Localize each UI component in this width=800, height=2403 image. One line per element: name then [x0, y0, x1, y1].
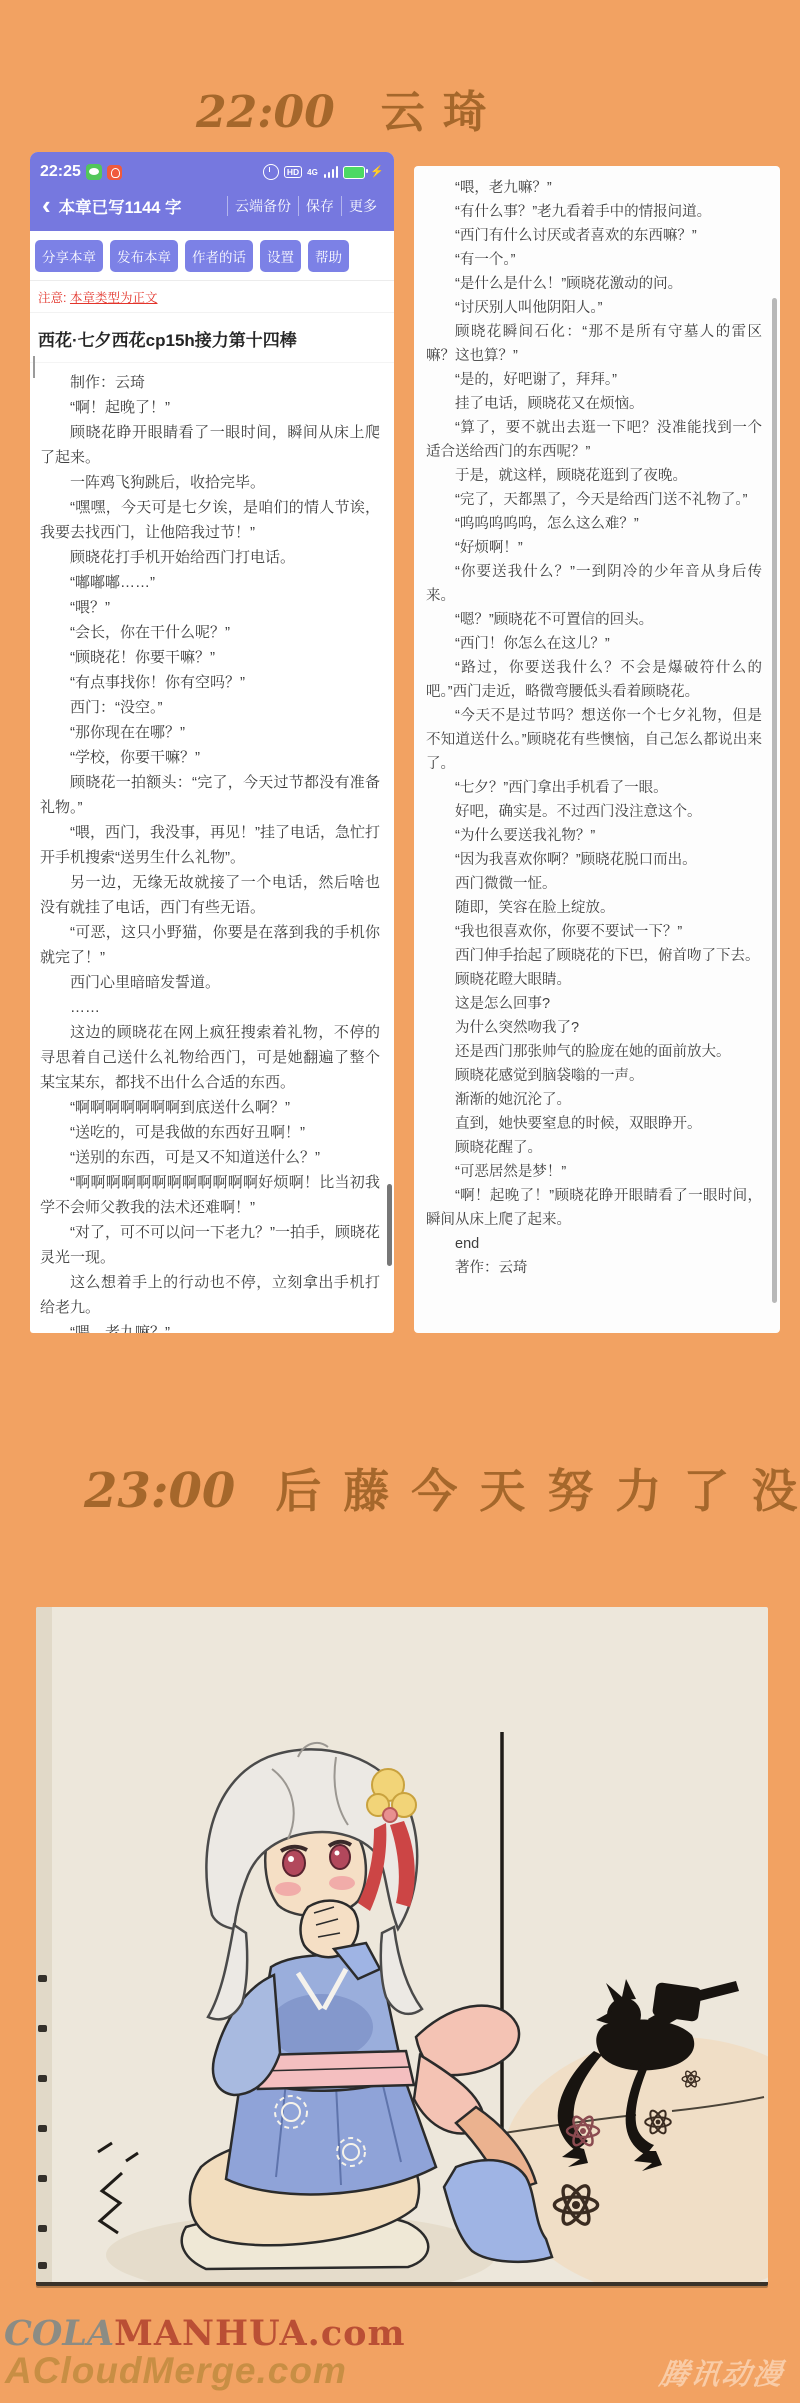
story-paragraph: 还是西门那张帅气的脸庞在她的面前放大。: [426, 1040, 762, 1064]
story-paragraph: “学校，你要干嘛？”: [40, 745, 380, 770]
schedule-header-2200: 22:00云琦: [196, 76, 505, 140]
story-paragraph: 西门：“没空。”: [40, 695, 380, 720]
story-paragraph: “可恶，这只小野猫，你要是在落到我的手机你就完了！”: [40, 920, 380, 970]
story-paragraph: 这边的顾晓花在网上疯狂搜索着礼物，不停的寻思着自己送什么礼物给西门，可是她翻遍了…: [40, 1020, 380, 1095]
story-paragraph: 随即，笑容在脸上绽放。: [426, 896, 762, 920]
story-paragraph: “西门有什么讨厌或者喜欢的东西嘛？”: [426, 224, 762, 248]
schedule-header-2300: 23:00后藤今天努力了没: [84, 1455, 800, 1521]
story-paragraph: 西门微微一怔。: [426, 872, 762, 896]
story-paragraph: “是什么是什么！”顾晓花激动的问。: [426, 272, 762, 296]
story-paragraph: “对了，可不可以问一下老九？”一拍手，顾晓花灵光一现。: [40, 1220, 380, 1270]
story-paragraph: 顾晓花打手机开始给西门打电话。: [40, 545, 380, 570]
story-paragraph: “送吃的，可是我做的东西好丑啊！”: [40, 1120, 380, 1145]
network-type-label: 4G: [307, 168, 318, 177]
alarm-icon: [263, 164, 279, 180]
story-paragraph: “喂，老九嘛？”: [426, 176, 762, 200]
story-paragraph: 顾晓花睁开眼睛看了一眼时间，瞬间从床上爬了起来。: [40, 420, 380, 470]
sketch-illustration: [36, 1607, 768, 2286]
story-paragraph: “送别的东西，可是又不知道送什么？”: [40, 1145, 380, 1170]
story-paragraph: “西门！你怎么在这儿？”: [426, 632, 762, 656]
nav-actions: 云端备份保存更多: [227, 196, 384, 216]
story-paragraph: end: [426, 1232, 762, 1256]
notice-prefix: 注意:: [38, 291, 66, 305]
story-paragraph: 顾晓花瞬间石化：“那不是所有守墓人的雷区嘛？这也算？”: [426, 320, 762, 368]
chapter-title: 西花·七夕西花cp15h接力第十四棒: [30, 313, 394, 363]
story-paragraph: 西门心里暗暗发誓道。: [40, 970, 380, 995]
battery-icon: [343, 166, 365, 179]
nav-action-button[interactable]: 更多: [341, 196, 384, 216]
story-paragraph: “我也很喜欢你，你要不要试一下？”: [426, 920, 762, 944]
story-paragraph: “你要送我什么？”一到阴冷的少年音从身后传来。: [426, 560, 762, 608]
editor-nav-bar: ‹ 本章已写1144 字 云端备份保存更多: [40, 194, 384, 218]
schedule-time: 23:00: [84, 1463, 235, 1519]
story-paragraph: 这是怎么回事?: [426, 992, 762, 1016]
watermark-manhua-text: MANHUA.com: [114, 2313, 405, 2354]
nav-action-button[interactable]: 云端备份: [227, 196, 298, 216]
editor-scrollbar-thumb[interactable]: [387, 1184, 392, 1266]
story-paragraph: 制作：云琦: [40, 370, 380, 395]
story-paragraph: “嗯？”顾晓花不可置信的回头。: [426, 608, 762, 632]
back-button[interactable]: ‹: [42, 194, 51, 216]
story-paragraph: 著作：云琦: [426, 1256, 762, 1280]
story-paragraph: “为什么要送我礼物？”: [426, 824, 762, 848]
story-paragraph: “啊！起晚了！”顾晓花睁开眼睛看了一眼时间，瞬间从床上爬了起来。: [426, 1184, 762, 1232]
story-paragraph: 这么想着手上的行动也不停，立刻拿出手机打给老九。: [40, 1270, 380, 1320]
watermark-colamanhua: COLAMANHUA.com: [4, 2316, 406, 2351]
story-paragraph: 顾晓花一拍额头：“完了，今天过节都没有准备礼物。”: [40, 770, 380, 820]
charging-bolt-icon: ⚡: [370, 167, 384, 178]
editor-toolbar: 分享本章发布本章作者的话设置帮助: [30, 231, 394, 281]
watermark-acloudmerge: ACloudMerge.com: [5, 2352, 347, 2389]
watermark-tencent-comics: 腾讯动漫: [657, 2352, 787, 2393]
story-paragraph: 为什么突然吻我了?: [426, 1016, 762, 1040]
wechat-notification-icon: [86, 164, 102, 180]
story-paragraph: “今天不是过节吗？想送你一个七夕礼物，但是不知道送什么。”顾晓花有些懊恼，自己怎…: [426, 704, 762, 776]
story-reader-panel: “喂，老九嘛？”“有什么事？”老九看着手中的情报问道。“西门有什么讨厌或者喜欢的…: [414, 166, 780, 1333]
story-paragraph: “有一个。”: [426, 248, 762, 272]
story-paragraph: 顾晓花感觉到脑袋嗡的一声。: [426, 1064, 762, 1088]
status-bar: 22:25 HD 4G ⚡: [40, 160, 384, 184]
story-paragraph: 顾晓花瞪大眼睛。: [426, 968, 762, 992]
word-count-title: 本章已写1144 字: [59, 194, 227, 218]
story-paragraph: “有什么事？”老九看着手中的情报问道。: [426, 200, 762, 224]
story-paragraph: “嘟嘟嘟……”: [40, 570, 380, 595]
story-paragraph: “那你现在在哪？”: [40, 720, 380, 745]
editor-header: 22:25 HD 4G ⚡ ‹ 本章已写1144 字 云端备: [30, 152, 394, 231]
story-paragraph: “因为我喜欢你啊？”顾晓花脱口而出。: [426, 848, 762, 872]
story-paragraph: “顾晓花！你要干嘛？”: [40, 645, 380, 670]
story-paragraph: 西门伸手抬起了顾晓花的下巴，俯首吻了下去。: [426, 944, 762, 968]
story-paragraph: “喂，老九嘛？”: [40, 1320, 380, 1333]
app-notification-icon: [107, 165, 122, 180]
toolbar-button[interactable]: 设置: [260, 240, 301, 272]
schedule-label: 后藤今天努力了没: [275, 1464, 800, 1518]
story-paragraph: 渐渐的她沉沦了。: [426, 1088, 762, 1112]
story-paragraph: “路过，你要送我什么？不会是爆破符什么的吧。”西门走近，略微弯腰低头看着顾晓花。: [426, 656, 762, 704]
story-paragraph: 直到，她快要窒息的时候，双眼睁开。: [426, 1112, 762, 1136]
story-paragraph: 顾晓花醒了。: [426, 1136, 762, 1160]
story-paragraph: “呜呜呜呜呜，怎么这么难？”: [426, 512, 762, 536]
toolbar-button[interactable]: 作者的话: [185, 240, 253, 272]
page: 22:00云琦 22:25 HD 4G ⚡ ‹: [0, 0, 800, 2403]
toolbar-button[interactable]: 分享本章: [35, 240, 103, 272]
story-paragraph: “讨厌别人叫他阴阳人。”: [426, 296, 762, 320]
story-paragraph: “完了，天都黑了，今天是给西门送不礼物了。”: [426, 488, 762, 512]
story-paragraph: “喂？”: [40, 595, 380, 620]
nav-action-button[interactable]: 保存: [298, 196, 341, 216]
toolbar-button[interactable]: 帮助: [308, 240, 349, 272]
story-paragraph: “是的，好吧谢了，拜拜。”: [426, 368, 762, 392]
story-paragraph: “七夕？”西门拿出手机看了一眼。: [426, 776, 762, 800]
story-paragraph: 好吧，确实是。不过西门没注意这个。: [426, 800, 762, 824]
story-paragraph: 于是，就这样，顾晓花逛到了夜晚。: [426, 464, 762, 488]
reader-text-area: “喂，老九嘛？”“有什么事？”老九看着手中的情报问道。“西门有什么讨厌或者喜欢的…: [414, 166, 780, 1280]
schedule-time: 22:00: [196, 87, 335, 138]
story-paragraph: “喂，西门，我没事，再见！”挂了电话，急忙打开手机搜索“送男生什么礼物”。: [40, 820, 380, 870]
story-paragraph: 一阵鸡飞狗跳后，收拾完毕。: [40, 470, 380, 495]
reader-scrollbar-thumb[interactable]: [772, 298, 777, 1303]
chapter-type-notice: 注意: 本章类型为正文: [30, 281, 394, 313]
story-paragraph: “啊啊啊啊啊啊啊到底送什么啊？”: [40, 1095, 380, 1120]
story-paragraph: ……: [40, 995, 380, 1020]
text-cursor-bar: [33, 356, 35, 378]
story-paragraph: “好烦啊！”: [426, 536, 762, 560]
schedule-label: 云琦: [381, 87, 505, 138]
sketch-drawing: [36, 1607, 768, 2282]
story-paragraph: “会长，你在干什么呢？”: [40, 620, 380, 645]
story-paragraph: 另一边，无缘无故就接了一个电话，然后啥也没有就挂了电话，西门有些无语。: [40, 870, 380, 920]
story-paragraph: “啊！起晚了！”: [40, 395, 380, 420]
signal-bars-icon: [324, 166, 339, 178]
story-paragraph: 挂了电话，顾晓花又在烦恼。: [426, 392, 762, 416]
story-paragraph: “嘿嘿，今天可是七夕诶，是咱们的情人节诶，我要去找西门，让他陪我过节！”: [40, 495, 380, 545]
story-paragraph: “算了，要不就出去逛一下吧？没准能找到一个适合送给西门的东西呢？”: [426, 416, 762, 464]
hd-icon: HD: [284, 166, 302, 178]
story-paragraph: “有点事找你！你有空吗？”: [40, 670, 380, 695]
story-paragraph: “可恶居然是梦！”: [426, 1160, 762, 1184]
editor-text-area[interactable]: 制作：云琦“啊！起晚了！”顾晓花睁开眼睛看了一眼时间，瞬间从床上爬了起来。一阵鸡…: [30, 363, 394, 1333]
writing-editor-panel: 22:25 HD 4G ⚡ ‹ 本章已写1144 字 云端备: [30, 152, 394, 1333]
toolbar-button[interactable]: 发布本章: [110, 240, 178, 272]
story-paragraph: “啊啊啊啊啊啊啊啊啊啊啊啊好烦啊！比当初我学不会师父教我的法术还难啊！”: [40, 1170, 380, 1220]
status-time: 22:25: [40, 163, 81, 181]
notice-body: 本章类型为正文: [70, 291, 158, 305]
watermark-cola-text: COLA: [4, 2313, 114, 2354]
